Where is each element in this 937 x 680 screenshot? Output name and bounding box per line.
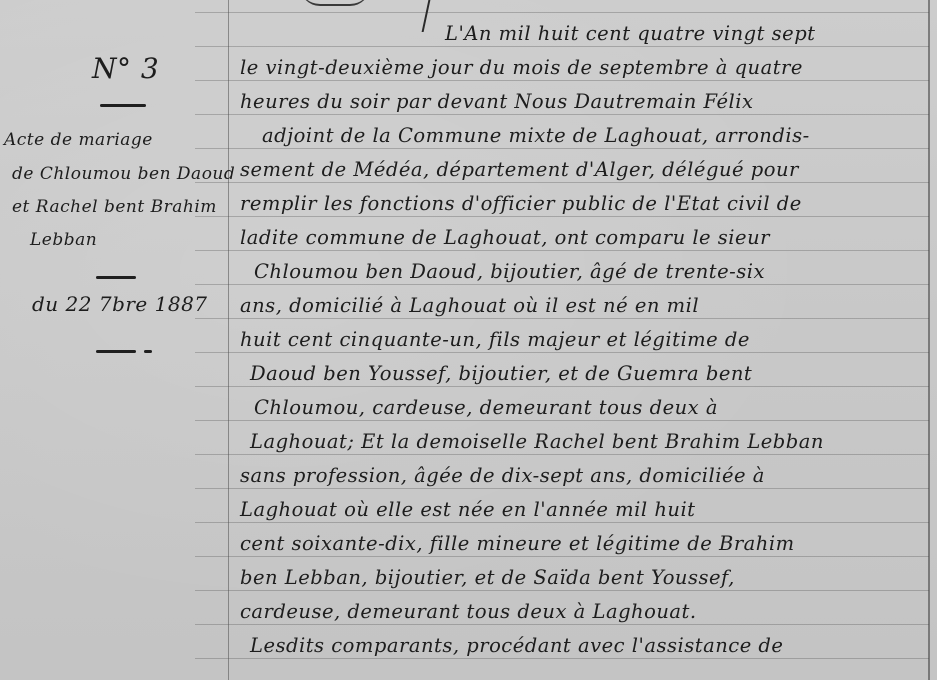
body-line: huit cent cinquante-un, fils majeur et l… (240, 328, 750, 352)
margin-title-line: Acte de mariage (4, 130, 153, 150)
margin-annotation: N° 3 Acte de mariage de Chloumou ben Dao… (0, 0, 228, 680)
body-line: ben Lebban, bijoutier, et de Saïda bent … (240, 566, 735, 590)
body-line: cardeuse, demeurant tous deux à Laghouat… (240, 600, 697, 624)
body-line: cent soixante-dix, fille mineure et légi… (240, 532, 795, 556)
register-page: N° 3 Acte de mariage de Chloumou ben Dao… (0, 0, 937, 680)
margin-title-line: et Rachel bent Brahim (12, 197, 217, 217)
body-line: adjoint de la Commune mixte de Laghouat,… (262, 124, 810, 148)
body-line: Chloumou, cardeuse, demeurant tous deux … (254, 396, 718, 420)
body-line: ladite commune de Laghouat, ont comparu … (240, 226, 770, 250)
body-line: sans profession, âgée de dix-sept ans, d… (240, 464, 765, 488)
separator-dash (144, 350, 152, 353)
body-line: Chloumou ben Daoud, bijoutier, âgé de tr… (254, 260, 765, 284)
body-line: sement de Médéa, département d'Alger, dé… (240, 158, 799, 182)
body-line: le vingt-deuxième jour du mois de septem… (240, 56, 803, 80)
separator-dash (96, 276, 136, 279)
margin-rule (228, 0, 229, 680)
record-date: du 22 7bre 1887 (32, 292, 208, 316)
entry-number: N° 3 (92, 52, 159, 85)
body-line: Laghouat; Et la demoiselle Rachel bent B… (250, 430, 824, 454)
separator-dash (100, 104, 146, 107)
record-body: L'An mil huit cent quatre vingt sept le … (240, 0, 930, 680)
body-line: remplir les fonctions d'officier public … (240, 192, 802, 216)
body-line: Lesdits comparants, procédant avec l'ass… (250, 634, 783, 658)
body-line: ans, domicilié à Laghouat où il est né e… (240, 294, 699, 318)
margin-title-line: Lebban (30, 230, 97, 250)
body-line: L'An mil huit cent quatre vingt sept (445, 22, 816, 46)
body-line: Laghouat où elle est née en l'année mil … (240, 498, 696, 522)
margin-title-line: de Chloumou ben Daoud (12, 164, 235, 184)
body-line: heures du soir par devant Nous Dautremai… (240, 90, 754, 114)
body-line: Daoud ben Youssef, bijoutier, et de Guem… (250, 362, 752, 386)
separator-dash (96, 350, 136, 353)
